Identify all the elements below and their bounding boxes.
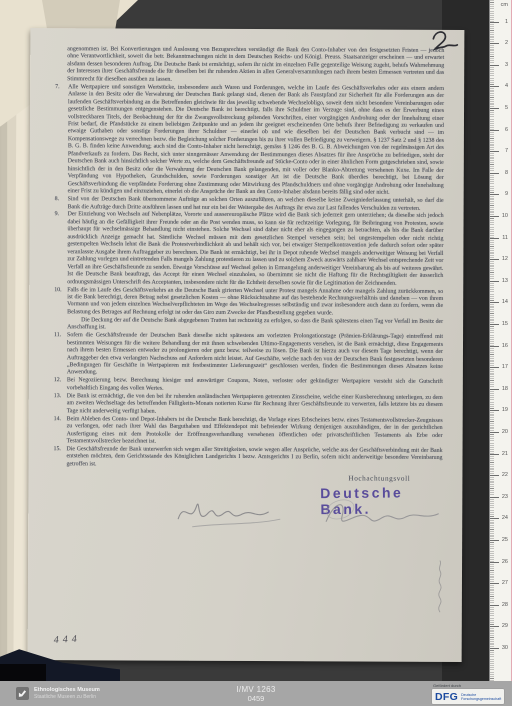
ruler-number: 20 [502,429,508,435]
closing-block: Hochachtungsvoll Deutsche Bank. [52,471,442,537]
ruler-number: 13 [502,278,508,284]
ruler-tick [490,410,499,411]
ruler-tick [490,22,499,23]
pencil-annotation [432,558,448,618]
salutation-text: Hochachtungsvoll [348,475,410,483]
ruler-number: 10 [502,213,508,219]
clause: 15.Die Geschäftsfreunde der Bank unterwe… [52,446,442,470]
ruler-tick [490,540,499,541]
ruler-number: 27 [502,580,508,586]
ruler-tick [490,65,499,66]
dfg-name-line2: Forschungsgemeinschaft [461,697,501,701]
ruler-number: 22 [502,472,508,478]
ruler-number: 19 [502,407,508,413]
ruler-number: 1 [505,19,508,25]
clause-text: Bei Negoziierung bezw. Berechnung hiesig… [67,378,443,395]
clause-text: Sofern die Geschäftsfreunde der Deutsche… [67,332,443,378]
ruler-tick [490,43,499,44]
funding-label: Gefördert durch [433,683,504,688]
clause-text: Falls die im Laufe des Geschäftsverkehrs… [67,287,443,318]
ruler-number: 17 [502,364,508,370]
ruler-tick [490,432,499,433]
clause-text: Der Einziehung von Wechseln auf Nebenplä… [67,212,443,288]
ruler-number: 11 [502,235,508,241]
ruler-number: 8 [505,170,508,176]
ruler-number: 26 [502,559,508,565]
ruler-tick [490,194,499,195]
clause: 7.Alle Wertpapiere und sonstigen Wertstü… [54,84,444,197]
clause-number: 12. [53,378,67,393]
clause-number: 14. [53,416,67,446]
clause-text: Alle Wertpapiere und sonstigen Wertstück… [68,84,444,197]
ruler-tick [490,324,499,325]
handwritten-page-number [428,29,462,62]
clause: Die Deckung der auf die Deutsche Bank ab… [53,317,443,334]
ruler-tick [490,367,499,368]
ruler-tick [490,281,499,282]
clause-text: Sind von der Deutschen Bank übernommene … [68,196,444,213]
ruler-unit-label: cm [501,2,508,8]
deutsche-bank-stamp: Deutsche Bank. [320,484,442,517]
ruler-tick [490,454,499,455]
ruler-tick [490,238,499,239]
ruler-number: 6 [505,127,508,133]
ruler-number: 23 [502,494,508,500]
clause-list: 7.Alle Wertpapiere und sonstigen Wertstü… [52,84,444,470]
dfg-logo: DFG Deutsche Forschungsgemeinschaft [432,689,504,704]
ruler-number: 9 [505,191,508,197]
ruler-tick [490,86,499,87]
ruler-number: 12 [502,256,508,262]
clause-number: 9. [53,212,67,287]
scanned-document-photo: { "page_annotations": { "page_number": "… [0,0,512,706]
clause: 12.Bei Negoziierung bezw. Berechnung hie… [53,378,443,395]
clause: 14.Beim Ableben des Conto- und Depot-Inh… [53,416,443,448]
clause-text: Beim Ableben des Conto- und Depot-Inhabe… [67,416,443,447]
ruler-tick [490,346,499,347]
ruler-tick [490,518,499,519]
ruler-number: 5 [505,105,508,111]
dfg-wordmark: DFG [435,691,458,703]
ruler-tick [490,583,499,584]
intro-paragraph: angenommen ist. Bei Konvertierungen und … [67,46,444,85]
ruler-tick [490,216,499,217]
clause-number: 13. [53,393,67,415]
ruler-tick [490,626,499,627]
clause-text: Die Geschäftsfreunde der Bank unterwerfe… [66,446,442,470]
ruler-tick [490,389,499,390]
clause: 11.Sofern die Geschäftsfreunde der Deuts… [53,332,443,378]
ruler-tick [490,648,499,649]
ruler-number: 24 [502,515,508,521]
digitization-footer-bar: Ethnologisches Museum Staatliche Museen … [0,681,512,706]
clause-number: 10. [53,287,67,317]
ruler-number: 16 [502,343,508,349]
clause-text: Die Bank ist ermächtigt, die von den bei… [67,393,443,417]
ruler-tick [490,108,499,109]
ruler-number: 21 [502,451,508,457]
clause: 8.Sind von der Deutschen Bank übernommen… [54,196,444,213]
funding-credit: Gefördert durch DFG Deutsche Forschungsg… [432,683,504,704]
ruler-tick [490,173,499,174]
clause: 10.Falls die im Laufe des Geschäftsverke… [53,287,443,319]
ruler-number: 7 [505,148,508,154]
ruler-tick [490,605,499,606]
ruler: cm 1234567891011121314151617181920212223… [489,0,512,681]
clause-number [53,317,67,332]
handwritten-mark-444: 444 [53,634,80,646]
ruler-tick [490,151,499,152]
ruler-number: 29 [502,623,508,629]
ruler-number: 4 [505,83,508,89]
ruler-number: 3 [505,62,508,68]
ruler-tick [490,562,499,563]
ruler-number: 25 [502,537,508,543]
ruler-number: 14 [502,299,508,305]
ruler-number: 18 [502,386,508,392]
ruler-tick [490,302,499,303]
ruler-tick [490,475,499,476]
clause-text: Die Deckung der auf die Deutsche Bank ab… [67,317,443,334]
ruler-number: 15 [502,321,508,327]
ruler-number: 28 [502,602,508,608]
clause-number: 8. [54,196,68,211]
clause-number: 15. [52,446,66,468]
ruler-tick [490,497,499,498]
document-page: angenommen ist. Bei Konvertierungen und … [28,28,465,662]
clause: 13.Die Bank ist ermächtigt, die von den … [53,393,443,417]
clause: 9.Der Einziehung von Wechseln auf Nebenp… [53,212,443,288]
ruler-tick [490,130,499,131]
ruler-number: 30 [502,645,508,651]
ruler-number: 2 [505,40,508,46]
clause-number: 7. [54,84,68,196]
ruler-tick [490,259,499,260]
clause-number: 11. [53,332,67,377]
